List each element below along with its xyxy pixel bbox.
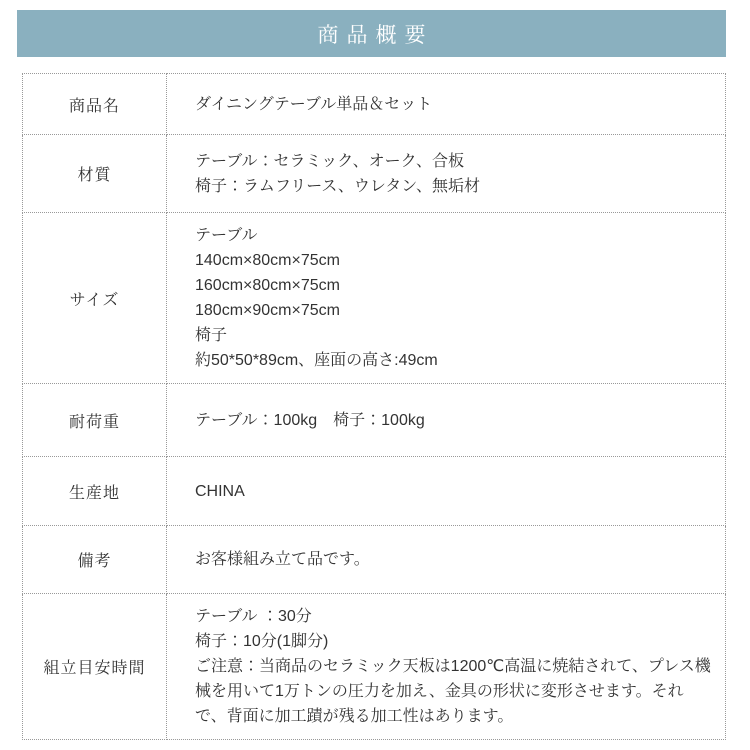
spec-label-size: サイズ — [23, 213, 167, 384]
spec-row-remarks: 備考 お客様組み立て品です。 — [23, 526, 726, 594]
spec-value-load-capacity: テーブル：100kg 椅子：100kg — [167, 384, 726, 457]
spec-label-origin: 生産地 — [23, 457, 167, 526]
spec-label-product-name: 商品名 — [23, 74, 167, 135]
spec-value-line: 180cm×90cm×75cm — [195, 298, 711, 323]
spec-label-assembly-time: 組立目安時間 — [23, 594, 167, 740]
spec-value-assembly-time: テーブル ：30分 椅子：10分(1脚分) ご注意：当商品のセラミック天板は12… — [167, 594, 726, 740]
spec-row-size: サイズ テーブル 140cm×80cm×75cm 160cm×80cm×75cm… — [23, 213, 726, 384]
spec-value-line: 140cm×80cm×75cm — [195, 248, 711, 273]
spec-value-line: 椅子 — [195, 323, 711, 348]
spec-row-assembly-time: 組立目安時間 テーブル ：30分 椅子：10分(1脚分) ご注意：当商品のセラミ… — [23, 594, 726, 740]
spec-value-line: テーブル：セラミック、オーク、合板 — [195, 149, 711, 174]
spec-label-load-capacity: 耐荷重 — [23, 384, 167, 457]
spec-value-line: テーブル：100kg 椅子：100kg — [195, 408, 711, 433]
spec-value-line: 椅子：ラムフリース、ウレタン、無垢材 — [195, 174, 711, 199]
spec-label-remarks: 備考 — [23, 526, 167, 594]
spec-value-line: お客様組み立て品です。 — [195, 547, 711, 572]
spec-value-line: 椅子：10分(1脚分) — [195, 629, 711, 654]
spec-value-line: テーブル ：30分 — [195, 604, 711, 629]
spec-value-line: 約50*50*89cm、座面の高さ:49cm — [195, 348, 711, 373]
spec-value-line: ご注意：当商品のセラミック天板は1200℃高温に焼結されて、プレス機械を用いて1… — [195, 654, 711, 729]
product-spec-table: 商品名 ダイニングテーブル単品＆セット 材質 テーブル：セラミック、オーク、合板… — [22, 73, 726, 740]
spec-row-material: 材質 テーブル：セラミック、オーク、合板 椅子：ラムフリース、ウレタン、無垢材 — [23, 135, 726, 213]
spec-row-product-name: 商品名 ダイニングテーブル単品＆セット — [23, 74, 726, 135]
spec-row-load-capacity: 耐荷重 テーブル：100kg 椅子：100kg — [23, 384, 726, 457]
spec-value-line: テーブル — [195, 223, 711, 248]
spec-value-material: テーブル：セラミック、オーク、合板 椅子：ラムフリース、ウレタン、無垢材 — [167, 135, 726, 213]
spec-value-line: 160cm×80cm×75cm — [195, 273, 711, 298]
spec-value-origin: CHINA — [167, 457, 726, 526]
spec-value-line: CHINA — [195, 479, 711, 504]
spec-value-product-name: ダイニングテーブル単品＆セット — [167, 74, 726, 135]
spec-value-size: テーブル 140cm×80cm×75cm 160cm×80cm×75cm 180… — [167, 213, 726, 384]
spec-label-material: 材質 — [23, 135, 167, 213]
product-overview-page: 商品概要 商品名 ダイニングテーブル単品＆セット 材質 テーブル：セラミック、オ… — [0, 0, 750, 750]
spec-row-origin: 生産地 CHINA — [23, 457, 726, 526]
section-title: 商品概要 — [310, 19, 434, 49]
section-title-bar: 商品概要 — [17, 10, 726, 57]
spec-value-line: ダイニングテーブル単品＆セット — [195, 92, 711, 117]
spec-value-remarks: お客様組み立て品です。 — [167, 526, 726, 594]
